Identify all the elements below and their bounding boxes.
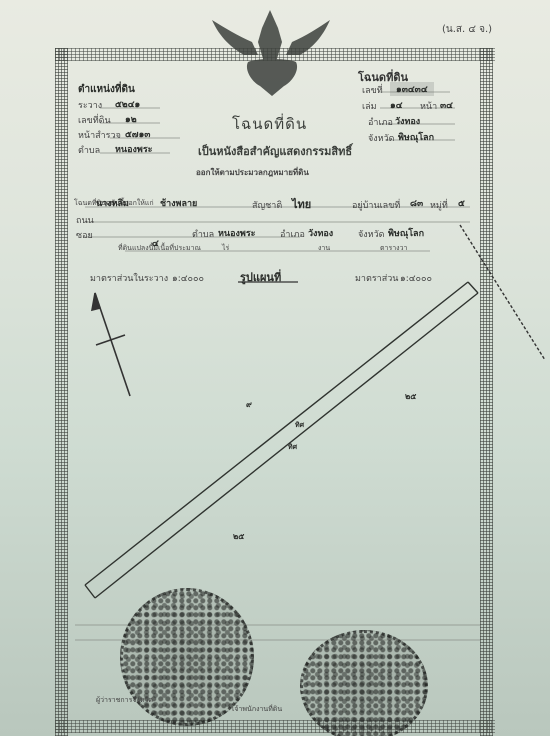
province-label: จังหวัด [358, 227, 385, 241]
road-label: ถนน [76, 213, 94, 227]
scale-left-value: ๑:๔๐๐๐ [172, 271, 204, 285]
address-value: ๘๓ [410, 196, 423, 210]
nationality-value: ไทย [292, 195, 311, 213]
field-label-deed-no: เลขที่ [362, 83, 383, 97]
land-title-deed: (น.ส. ๔ จ.) ตำแหน่งที่ดิน ระวาง ๕๒๔๑ เลข… [0, 0, 550, 736]
area-wa-label: ตารางวา [380, 243, 407, 254]
field-value-page: ๓๔ [440, 98, 453, 112]
field-label-rawang: ระวาง [78, 98, 102, 112]
scale-right-label: มาตราส่วน [355, 271, 398, 285]
field-label-amphoe: อำเภอ [368, 115, 393, 129]
area-ngan-label: งาน [318, 243, 330, 254]
field-value-volume: ๑๔ [390, 98, 403, 112]
tambon-label: ตำบล [192, 227, 214, 241]
field-value-land-no: ๑๒ [125, 112, 137, 126]
parcel-outline [85, 282, 478, 598]
document-sub-subtitle: ออกให้ตามประมวลกฎหมายที่ดิน [196, 166, 309, 179]
address-label: อยู่บ้านเลขที่ [352, 198, 400, 212]
map-label: ๙ [246, 398, 252, 411]
official-seal-right [300, 630, 428, 736]
map-label: ทิศ [288, 442, 297, 453]
left-header-heading: ตำแหน่งที่ดิน [78, 82, 135, 97]
field-label-volume: เล่ม [362, 99, 377, 113]
field-value-survey-page: ๕๗๑๓ [125, 127, 150, 141]
map-heading: รูปแผนที่ [240, 268, 281, 286]
page-marker: (น.ส. ๔ จ.) [442, 22, 492, 37]
field-value-province: พิษณุโลก [398, 130, 434, 144]
area-label: ที่ดินแปลงนี้มีเนื้อที่ประมาณ [118, 243, 201, 254]
field-value-deed-no: ๑๓๔๓๔ [390, 82, 434, 96]
sign-line-left: ผู้ว่าราชการจังหวัด [96, 695, 153, 706]
field-value-rawang: ๕๒๔๑ [115, 97, 140, 111]
document-subtitle: เป็นหนังสือสำคัญแสดงกรรมสิทธิ์ [198, 142, 352, 160]
area-rai-value: ๔ [152, 236, 159, 250]
field-value-amphoe: วังทอง [395, 114, 420, 128]
area-rai-label: ไร่ [222, 243, 229, 254]
field-label-province: จังหวัด [368, 131, 395, 145]
tambon-value: หนองพระ [218, 226, 256, 240]
map-label: ทิศ [295, 420, 304, 431]
amphoe-value: วังทอง [308, 226, 333, 240]
province-value: พิษณุโลก [388, 226, 424, 240]
owner-name: นางหลิม [96, 196, 129, 210]
boundary-line [460, 225, 545, 360]
moo-label: หมู่ที่ [430, 198, 448, 212]
field-label-land-no: เลขที่ดิน [78, 113, 111, 127]
document-title: โฉนดที่ดิน [232, 112, 307, 136]
scale-left-label: มาตราส่วนในระวาง [90, 271, 168, 285]
field-label-page: หน้า [420, 99, 437, 113]
scale-right-value: ๑:๔๐๐๐ [400, 271, 432, 285]
map-label: ๒๕ [405, 390, 416, 403]
field-value-tambon: หนองพระ [115, 142, 153, 156]
north-arrow-icon [92, 293, 130, 396]
moo-value: ๕ [458, 196, 465, 210]
nationality-label: สัญชาติ [252, 198, 282, 212]
owner-surname: ช้างพลาย [160, 196, 197, 210]
soi-label: ซอย [76, 228, 93, 242]
field-label-tambon: ตำบล [78, 143, 100, 157]
map-label: ๒๕ [233, 530, 244, 543]
sign-line-right: เจ้าพนักงานที่ดิน [232, 704, 282, 715]
amphoe-label: อำเภอ [280, 227, 305, 241]
field-label-survey-page: หน้าสำรวจ [78, 128, 121, 142]
